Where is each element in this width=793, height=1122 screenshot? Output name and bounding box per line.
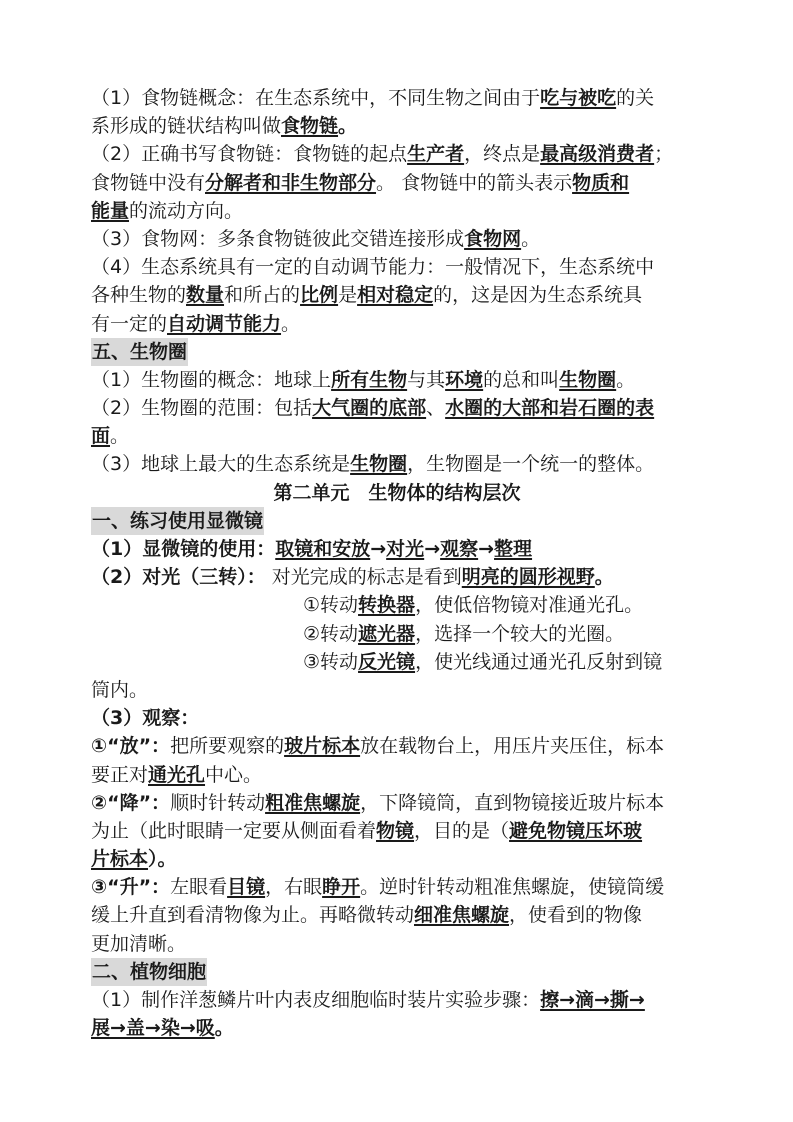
key-term: 面 [91,425,110,447]
body-text: ，使看到的物像 [509,904,642,926]
body-text: 把所要观察的 [170,735,284,757]
text-line-l24: ①“放”：把所要观察的玻片标本放在载物台上，用压片夹压住，标本 [91,732,703,760]
text-line-l12: （2）生物圈的范围：包括大气圈的底部、水圈的大部和岩石圈的表 [91,394,703,422]
text-line-l13: 面。 [91,422,703,450]
key-term: 自动调节能力 [167,313,281,335]
text-line-l7: （4）生态系统具有一定的自动调节能力：一般情况下，生态系统中 [91,253,703,281]
body-text: （1）食物链概念：在生态系统中，不同生物之间由于 [91,87,540,109]
text-line-l9: 有一定的自动调节能力。 [91,310,703,338]
body-text: ，选择一个较大的光圈。 [415,623,624,645]
body-text: 的流动方向。 [129,200,243,222]
text-line-l17: （1）显微镜的使用：取镜和安放→对光→观察→整理 [91,535,703,563]
key-term: 物镜 [376,820,414,842]
body-text: ，下降镜筒，直到物镜接近玻片标本 [360,792,664,814]
body-text: 有一定的 [91,313,167,335]
text-line-l29: ③“升”：左眼看目镜，右眼睁开。逆时针转动粗准焦螺旋，使镜筒缓 [91,873,703,901]
text-line-l2: 系形成的链状结构叫做食物链。 [91,112,703,140]
bold-text: ）。 [148,848,177,870]
body-text: （3）地球上最大的生态系统是 [91,453,350,475]
key-term: 数量 [186,284,224,306]
key-term: 生物圈 [350,453,407,475]
text-line-l20: ②转动遮光器，选择一个较大的光圈。 [91,620,703,648]
text-line-l5: 能量的流动方向。 [91,197,703,225]
body-text: 为止（此时眼睛一定要从侧面看着 [91,820,376,842]
body-text: ，右眼 [265,876,322,898]
body-text: ③转动 [303,651,358,673]
bold-text: （3）观察： [91,707,199,729]
key-term: 目镜 [227,876,265,898]
key-term: 比例 [300,284,338,306]
text-line-l25: 要正对通光孔中心。 [91,761,703,789]
key-term: 观察 [440,538,478,560]
body-text: 。 [521,228,540,250]
body-text: 与其 [407,369,445,391]
key-term: 反光镜 [358,651,415,673]
body-text: （2）正确书写食物链：食物链的起点 [91,143,407,165]
bold-text: ③“升”： [91,876,170,898]
section-heading: 二、植物细胞 [91,958,207,986]
key-term: 细准焦螺旋 [414,904,509,926]
body-text: 食物链中没有 [91,172,205,194]
text-line-l8: 各种生物的数量和所占的比例是相对稳定的，这是因为生态系统具 [91,281,703,309]
body-text: ，使光线通过通光孔反射到镜 [415,651,662,673]
key-term: 生产者 [407,143,464,165]
body-text: 更加清晰。 [91,933,186,955]
body-text: （1）生物圈的概念：地球上 [91,369,331,391]
key-term: 所有生物 [331,369,407,391]
text-line-l26: ②“降”：顺时针转动粗准焦螺旋，下降镜筒，直到物镜接近玻片标本 [91,789,703,817]
body-text: 。 [616,369,635,391]
key-term: 片标本 [91,848,148,870]
body-text: （2）生物圈的范围：包括 [91,397,312,419]
bold-text: ①“放”： [91,735,170,757]
bold-text: ②“降”： [91,792,170,814]
key-term: 分解者和非生物部分 [205,172,376,194]
body-text: 。 食物链中的箭头表示 [376,172,572,194]
key-term: 转换器 [358,594,415,616]
key-term: 对光 [386,538,424,560]
key-term: 能量 [91,200,129,222]
body-text: ，使低倍物镜对准通光孔。 [415,594,643,616]
key-term: 擦→滴→撕→ [540,989,645,1011]
body-text: ①转动 [303,594,358,616]
key-term: 吃与被吃 [540,87,616,109]
body-text: 要正对 [91,764,148,786]
key-term: 水圈的大部和岩石圈的表 [445,397,654,419]
text-line-l1: （1）食物链概念：在生态系统中，不同生物之间由于吃与被吃的关 [91,84,703,112]
body-text: 顺时针转动 [170,792,265,814]
text-line-l30: 缓上升直到看清物像为止。再略微转动细准焦螺旋，使看到的物像 [91,901,703,929]
key-term: 玻片标本 [284,735,360,757]
text-line-l23: （3）观察： [91,704,703,732]
body-text: ，终点是 [464,143,540,165]
key-term: 食物链 [281,115,338,137]
body-text: 筒内。 [91,679,148,701]
text-line-l18: （2）对光（三转）： 对光完成的标志是看到明亮的圆形视野。 [91,563,703,591]
body-text: 。 [110,425,129,447]
key-term: 通光孔 [148,764,205,786]
text-line-l27: 为止（此时眼睛一定要从侧面看着物镜，目的是（避免物镜压坏玻 [91,817,703,845]
body-text: （3）食物网：多条食物链彼此交错连接形成 [91,228,464,250]
body-text: ，目的是（ [414,820,509,842]
key-term: 生物圈 [559,369,616,391]
body-text: 。逆时针转动粗准焦螺旋，使镜筒缓 [360,876,664,898]
key-term: 遮光器 [358,623,415,645]
text-line-l28: 片标本）。 [91,845,703,873]
bold-text: （1）显微镜的使用： [91,538,275,560]
text-line-l21: ③转动反光镜，使光线通过通光孔反射到镜 [91,648,703,676]
body-text: 放在载物台上，用压片夹压住，标本 [360,735,664,757]
key-term: 大气圈的底部 [312,397,426,419]
unit-title: 第二单元 生物体的结构层次 [273,482,520,504]
body-text: ②转动 [303,623,358,645]
section-heading: 五、生物圈 [91,338,188,366]
key-term: 避免物镜压坏玻 [509,820,642,842]
key-term: 环境 [445,369,483,391]
key-term: 睁开 [322,876,360,898]
key-term: 明亮的圆形视野 [462,566,595,588]
bold-text: 。 [338,115,357,137]
text-line-l10: 五、生物圈 [91,338,703,366]
key-term: 物质和 [572,172,629,194]
bold-text: 。 [215,1017,234,1039]
key-term: 取镜和安放 [275,538,370,560]
key-term: 食物网 [464,228,521,250]
bold-text: 。 [595,566,614,588]
key-term: 粗准焦螺旋 [265,792,360,814]
text-line-l16: 一、练习使用显微镜 [91,507,703,535]
text-line-l11: （1）生物圈的概念：地球上所有生物与其环境的总和叫生物圈。 [91,366,703,394]
key-term: 展→盖→染→吸 [91,1017,215,1039]
bold-text: → [370,538,386,560]
body-text: ，生物圈是一个统一的整体。 [407,453,654,475]
body-text: 系形成的链状结构叫做 [91,115,281,137]
body-text: 的总和叫 [483,369,559,391]
body-text: 中心。 [205,764,262,786]
key-term: 相对稳定 [357,284,433,306]
body-text: （1）制作洋葱鳞片叶内表皮细胞临时装片实验步骤： [91,989,540,1011]
body-text: （4）生态系统具有一定的自动调节能力：一般情况下，生态系统中 [91,256,654,278]
text-line-l19: ①转动转换器，使低倍物镜对准通光孔。 [91,591,703,619]
body-text: 的关 [616,87,654,109]
bold-text: → [478,538,494,560]
body-text: 是 [338,284,357,306]
section-heading: 一、练习使用显微镜 [91,507,264,535]
body-text: 和所占的 [224,284,300,306]
text-line-l4: 食物链中没有分解者和非生物部分。 食物链中的箭头表示物质和 [91,169,703,197]
body-text: 的，这是因为生态系统具 [433,284,642,306]
text-line-l32: 二、植物细胞 [91,958,703,986]
document-page: （1）食物链概念：在生态系统中，不同生物之间由于吃与被吃的关系形成的链状结构叫做… [91,84,703,1042]
key-term: 整理 [494,538,532,560]
key-term: 最高级消费者 [540,143,654,165]
body-text: 左眼看 [170,876,227,898]
text-line-l3: （2）正确书写食物链：食物链的起点生产者，终点是最高级消费者； [91,140,703,168]
body-text: 各种生物的 [91,284,186,306]
text-line-l31: 更加清晰。 [91,930,703,958]
body-text: 缓上升直到看清物像为止。再略微转动 [91,904,414,926]
text-line-l6: （3）食物网：多条食物链彼此交错连接形成食物网。 [91,225,703,253]
bold-text: （2）对光（三转）： [91,566,266,588]
bold-text: → [424,538,440,560]
text-line-l34: 展→盖→染→吸。 [91,1014,703,1042]
text-line-l14: （3）地球上最大的生态系统是生物圈，生物圈是一个统一的整体。 [91,450,703,478]
body-text: ； [654,143,673,165]
body-text: 。 [281,313,300,335]
text-line-l15: 第二单元 生物体的结构层次 [91,479,703,507]
body-text: 、 [426,397,445,419]
text-line-l33: （1）制作洋葱鳞片叶内表皮细胞临时装片实验步骤：擦→滴→撕→ [91,986,703,1014]
body-text: 对光完成的标志是看到 [266,566,462,588]
text-line-l22: 筒内。 [91,676,703,704]
